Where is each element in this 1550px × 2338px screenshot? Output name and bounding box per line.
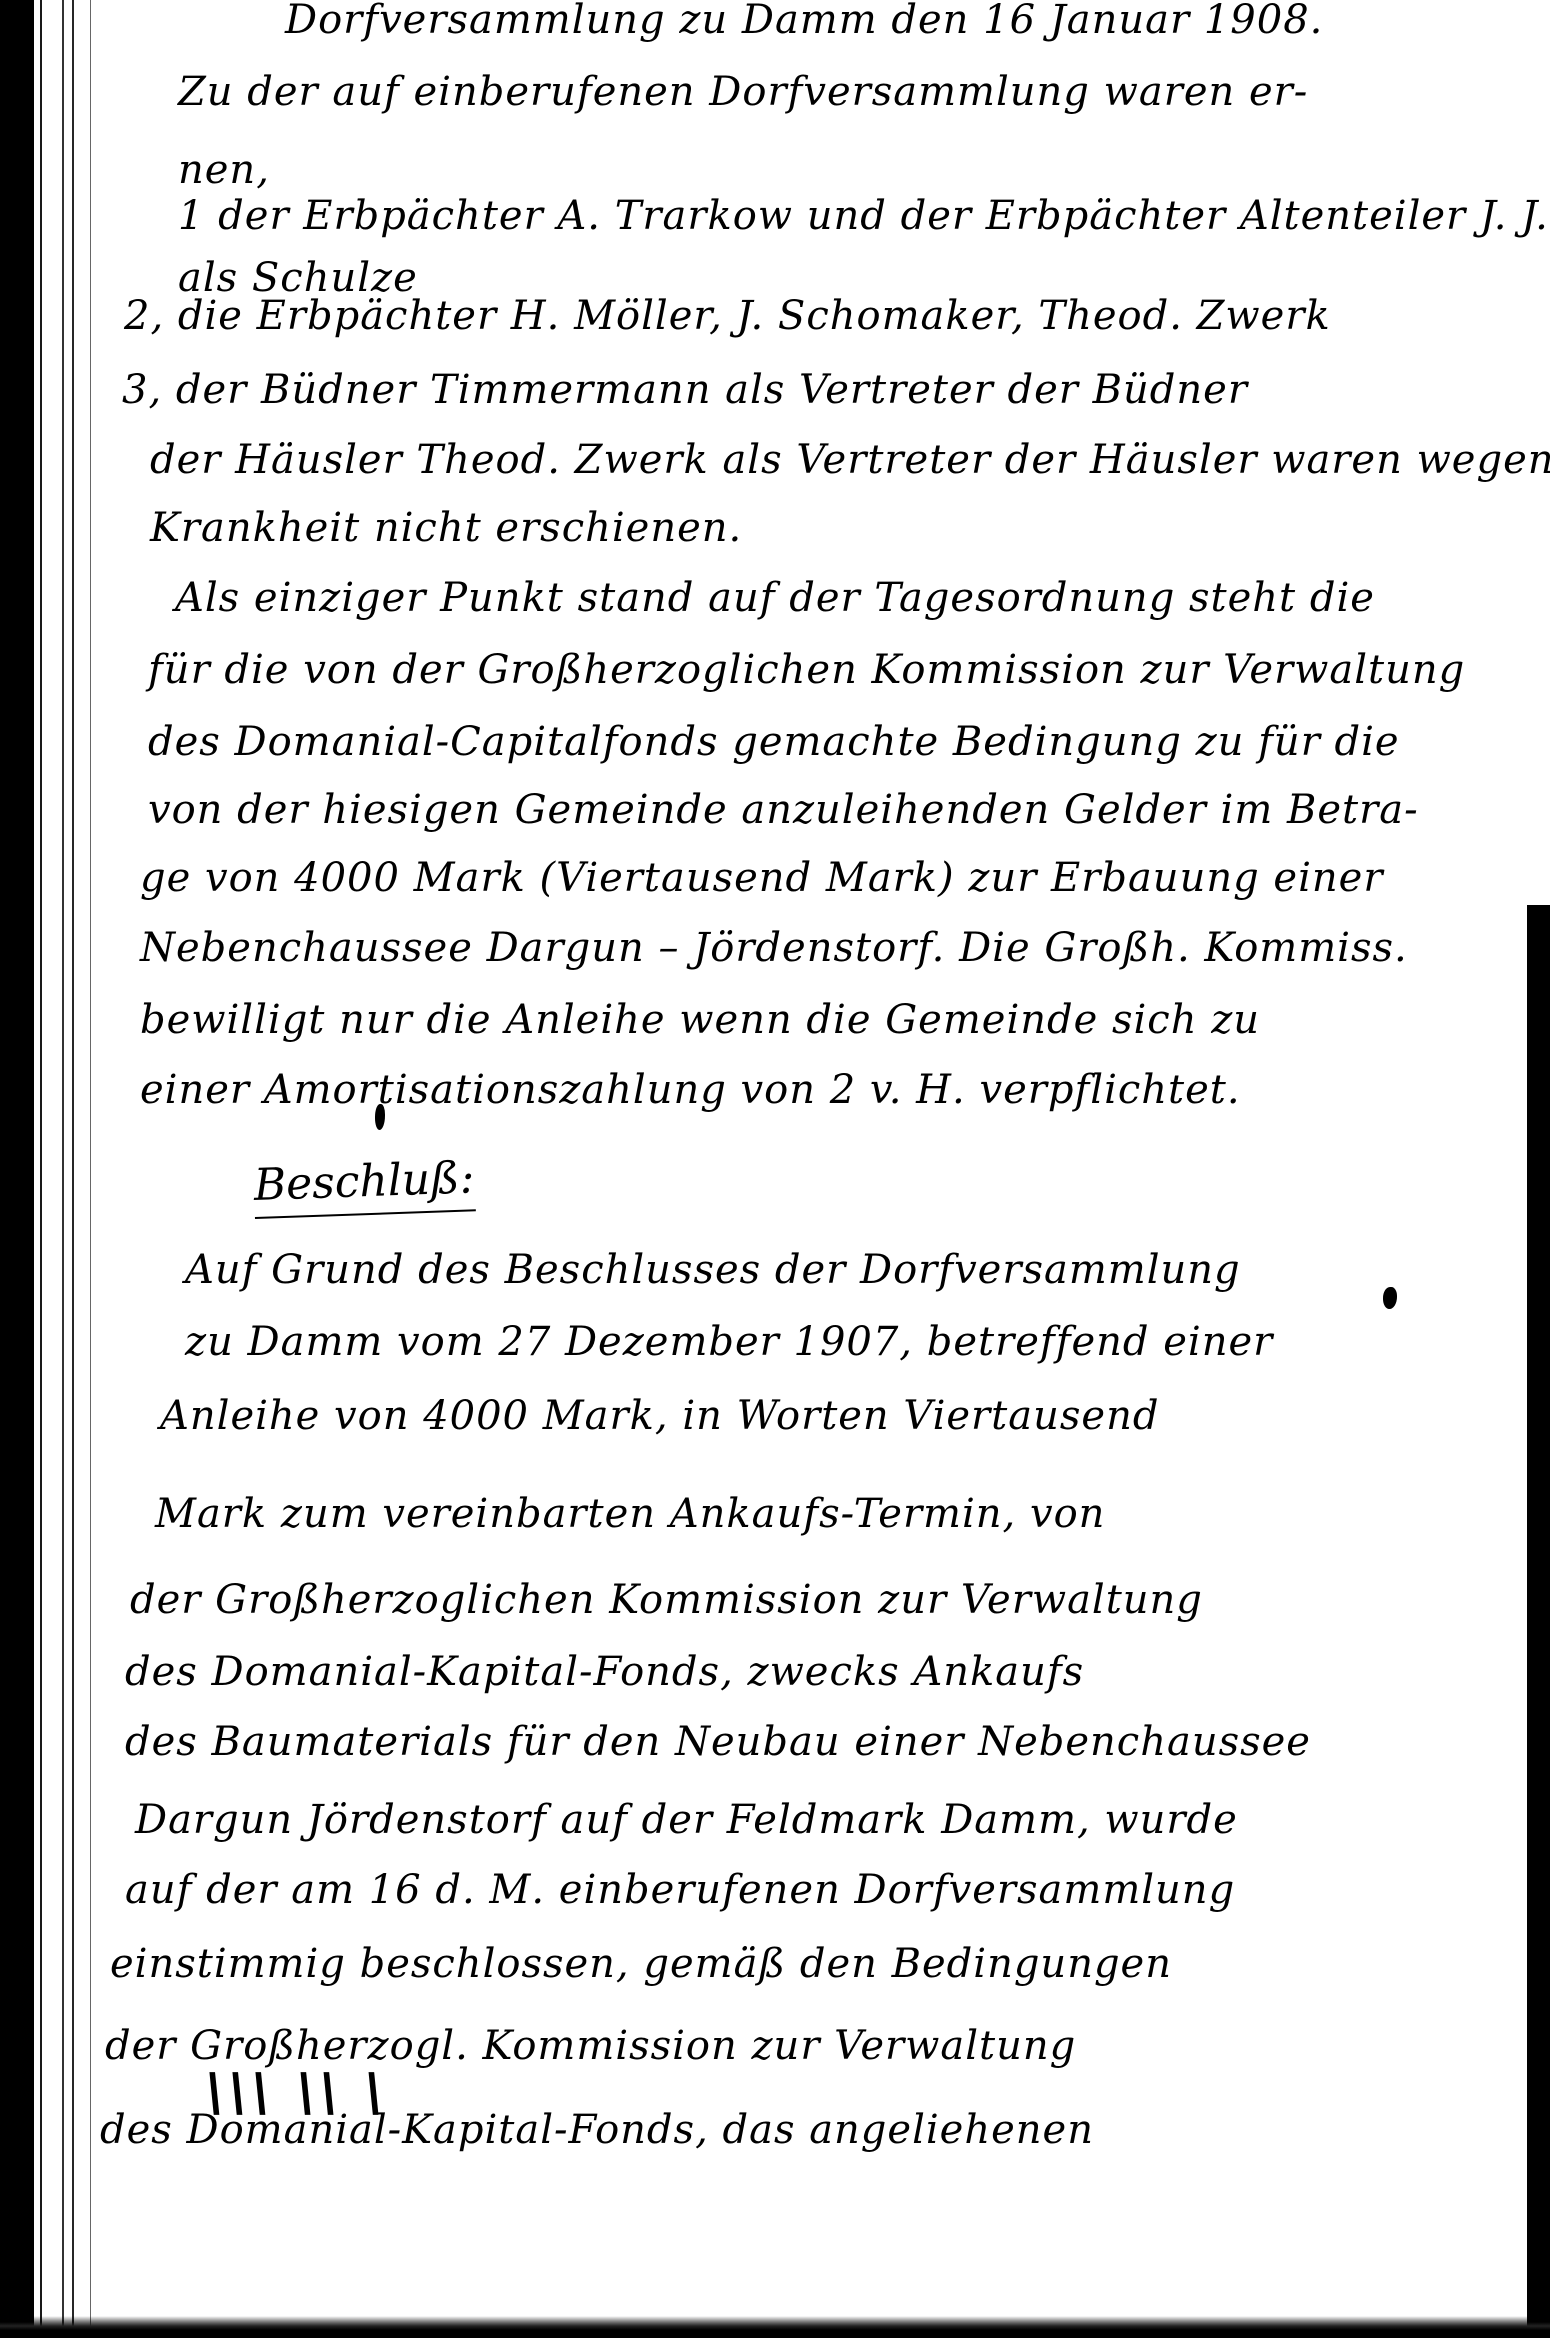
scan-edge-right xyxy=(1527,905,1550,2338)
text-line: des Domanial-Kapital-Fonds, zwecks Ankau… xyxy=(125,1652,1084,1692)
text-line: des Domanial-Capitalfonds gemachte Bedin… xyxy=(148,722,1400,762)
binding-rule xyxy=(90,0,91,2338)
text-line: der Großherzoglichen Kommission zur Verw… xyxy=(130,1580,1203,1620)
ink-blot xyxy=(1383,1287,1397,1309)
scan-edge-bottom xyxy=(0,2316,1550,2338)
text-line: bewilligt nur die Anleihe wenn die Gemei… xyxy=(140,1000,1260,1040)
text-line: für die von der Großherzoglichen Kommiss… xyxy=(148,650,1465,690)
text-line: der Häusler Theod. Zwerk als Vertreter d… xyxy=(150,440,1550,480)
text-line: Mark zum vereinbarten Ankaufs-Termin, vo… xyxy=(155,1494,1105,1534)
text-line: Nebenchaussee Dargun – Jördenstorf. Die … xyxy=(140,928,1408,968)
text-line: Krankheit nicht erschienen. xyxy=(150,508,742,548)
ink-blot xyxy=(375,1104,385,1130)
text-line: ge von 4000 Mark (Viertausend Mark) zur … xyxy=(140,858,1383,898)
text-line: Auf Grund des Beschlusses der Dorfversam… xyxy=(185,1250,1241,1290)
text-line: nen, xyxy=(178,150,270,190)
binding-rule xyxy=(62,0,64,2338)
text-line: auf der am 16 d. M. einberufenen Dorfver… xyxy=(125,1870,1235,1910)
text-line: Als einziger Punkt stand auf der Tagesor… xyxy=(175,578,1375,618)
text-line: Anleihe von 4000 Mark, in Worten Viertau… xyxy=(160,1396,1159,1436)
binding-rule xyxy=(40,0,42,2338)
text-line: Dargun Jördenstorf auf der Feldmark Damm… xyxy=(135,1800,1238,1840)
text-line: 2, die Erbpächter H. Möller, J. Schomake… xyxy=(124,296,1331,336)
text-line: 1 der Erbpächter A. Trarkow und der Erbp… xyxy=(178,196,1549,236)
text-line: zu Damm vom 27 Dezember 1907, betreffend… xyxy=(185,1322,1273,1362)
text-line: 3, der Büdner Timmermann als Vertreter d… xyxy=(122,370,1248,410)
text-line: Zu der auf einberufenen Dorfversammlung … xyxy=(178,72,1308,112)
margin-tick-marks: \\\ \\ \ xyxy=(199,2063,394,2123)
text-line: von der hiesigen Gemeinde anzuleihenden … xyxy=(148,790,1419,830)
text-line: als Schulze xyxy=(178,258,418,298)
text-line: einer Amortisationszahlung von 2 v. H. v… xyxy=(140,1070,1241,1110)
document-title: Dorfversammlung zu Damm den 16 Januar 19… xyxy=(285,0,1323,40)
text-line: der Großherzogl. Kommission zur Verwaltu… xyxy=(105,2026,1076,2066)
binding-shadow-left xyxy=(0,0,34,2338)
text-line: einstimmig beschlossen, gemäß den Beding… xyxy=(110,1944,1172,1984)
binding-rule xyxy=(72,0,74,2338)
scanned-document-page: Dorfversammlung zu Damm den 16 Januar 19… xyxy=(0,0,1550,2338)
section-heading-beschluss: Beschluß: xyxy=(253,1152,475,1219)
text-line: des Baumaterials für den Neubau einer Ne… xyxy=(125,1722,1311,1762)
